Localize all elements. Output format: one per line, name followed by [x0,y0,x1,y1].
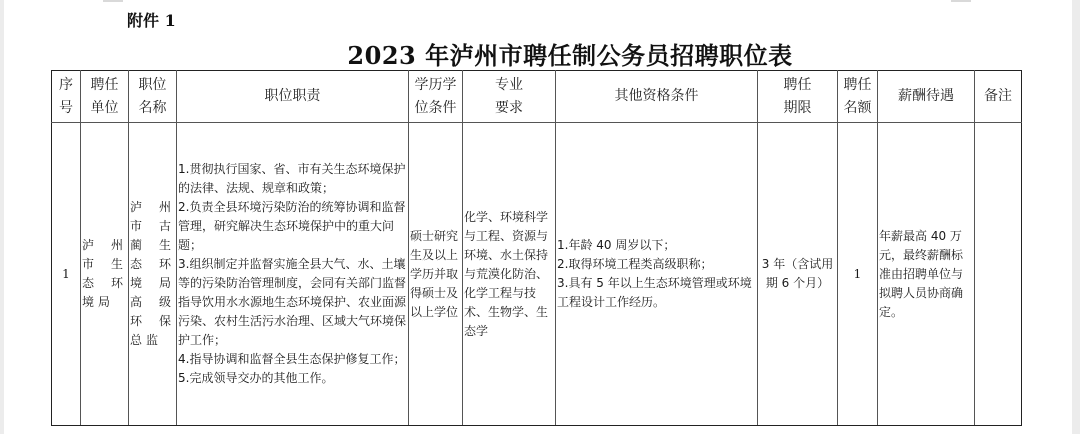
header-remarks: 备注 [975,71,1022,123]
cell-quota: 1 [838,123,878,426]
recruitment-table: 序 号 聘任 单位 职位 名称 职位职责 学历学 位条件 专业 要求 [51,70,1022,426]
qualification-item: 1.年龄 40 周岁以下； [557,236,756,255]
duty-item: 1.贯彻执行国家、省、市有关生态环境保护的法律、法规、规章和政策； [178,160,407,198]
duty-item: 4.指导协调和监督全县生态保护修复工作； [178,350,407,369]
header-salary: 薪酬待遇 [878,71,975,123]
table-row: 1 泸州市生态环境局 泸州市古蔺生态环境局高级环保总监 1.贯彻执行国家、省、市… [52,123,1022,426]
cell-other-qualifications: 1.年龄 40 周岁以下； 2.取得环境工程类高级职称； 3.具有 5 年以上生… [556,123,758,426]
duty-item: 3.组织制定并监督实施全县大气、水、土壤等的污染防治管理制度，会同有关部门监督指… [178,255,407,350]
cell-unit: 泸州市生态环境局 [81,123,129,426]
cell-salary: 年薪最高 40 万元，最终薪酬标准由招聘单位与拟聘人员协商确定。 [878,123,975,426]
attachment-label: 附件 1 [127,8,176,31]
cell-seq: 1 [52,123,81,426]
header-unit: 聘任 单位 [81,71,129,123]
document-title: 2023 年泸州市聘任制公务员招聘职位表 [0,36,1080,71]
qualification-item: 2.取得环境工程类高级职称； [557,255,756,274]
duty-item: 5.完成领导交办的其他工作。 [178,369,407,388]
header-duties: 职位职责 [177,71,409,123]
header-term: 聘任 期限 [758,71,838,123]
qualification-item: 3.具有 5 年以上生态环境管理或环境工程设计工作经历。 [557,274,756,312]
cell-major: 化学、环境科学与工程、资源与环境、水土保持与荒漠化防治、化学工程与技术、生物学、… [463,123,556,426]
header-seq: 序 号 [52,71,81,123]
page-corner-mark [103,0,123,2]
cell-education: 硕士研究生及以上学历并取得硕士及以上学位 [409,123,463,426]
duty-item: 2.负责全县环境污染防治的统筹协调和监督管理，研究解决生态环境保护中的重大问题； [178,198,407,255]
header-major: 专业 要求 [463,71,556,123]
header-other-qualifications: 其他资格条件 [556,71,758,123]
header-quota: 聘任 名额 [838,71,878,123]
table-header-row: 序 号 聘任 单位 职位 名称 职位职责 学历学 位条件 专业 要求 [52,71,1022,123]
cell-remarks [975,123,1022,426]
header-education: 学历学 位条件 [409,71,463,123]
header-position: 职位 名称 [129,71,177,123]
cell-position: 泸州市古蔺生态环境局高级环保总监 [129,123,177,426]
cell-term: 3 年（含试用期 6 个月） [758,123,838,426]
page-corner-mark [951,0,971,2]
cell-duties: 1.贯彻执行国家、省、市有关生态环境保护的法律、法规、规章和政策； 2.负责全县… [177,123,409,426]
